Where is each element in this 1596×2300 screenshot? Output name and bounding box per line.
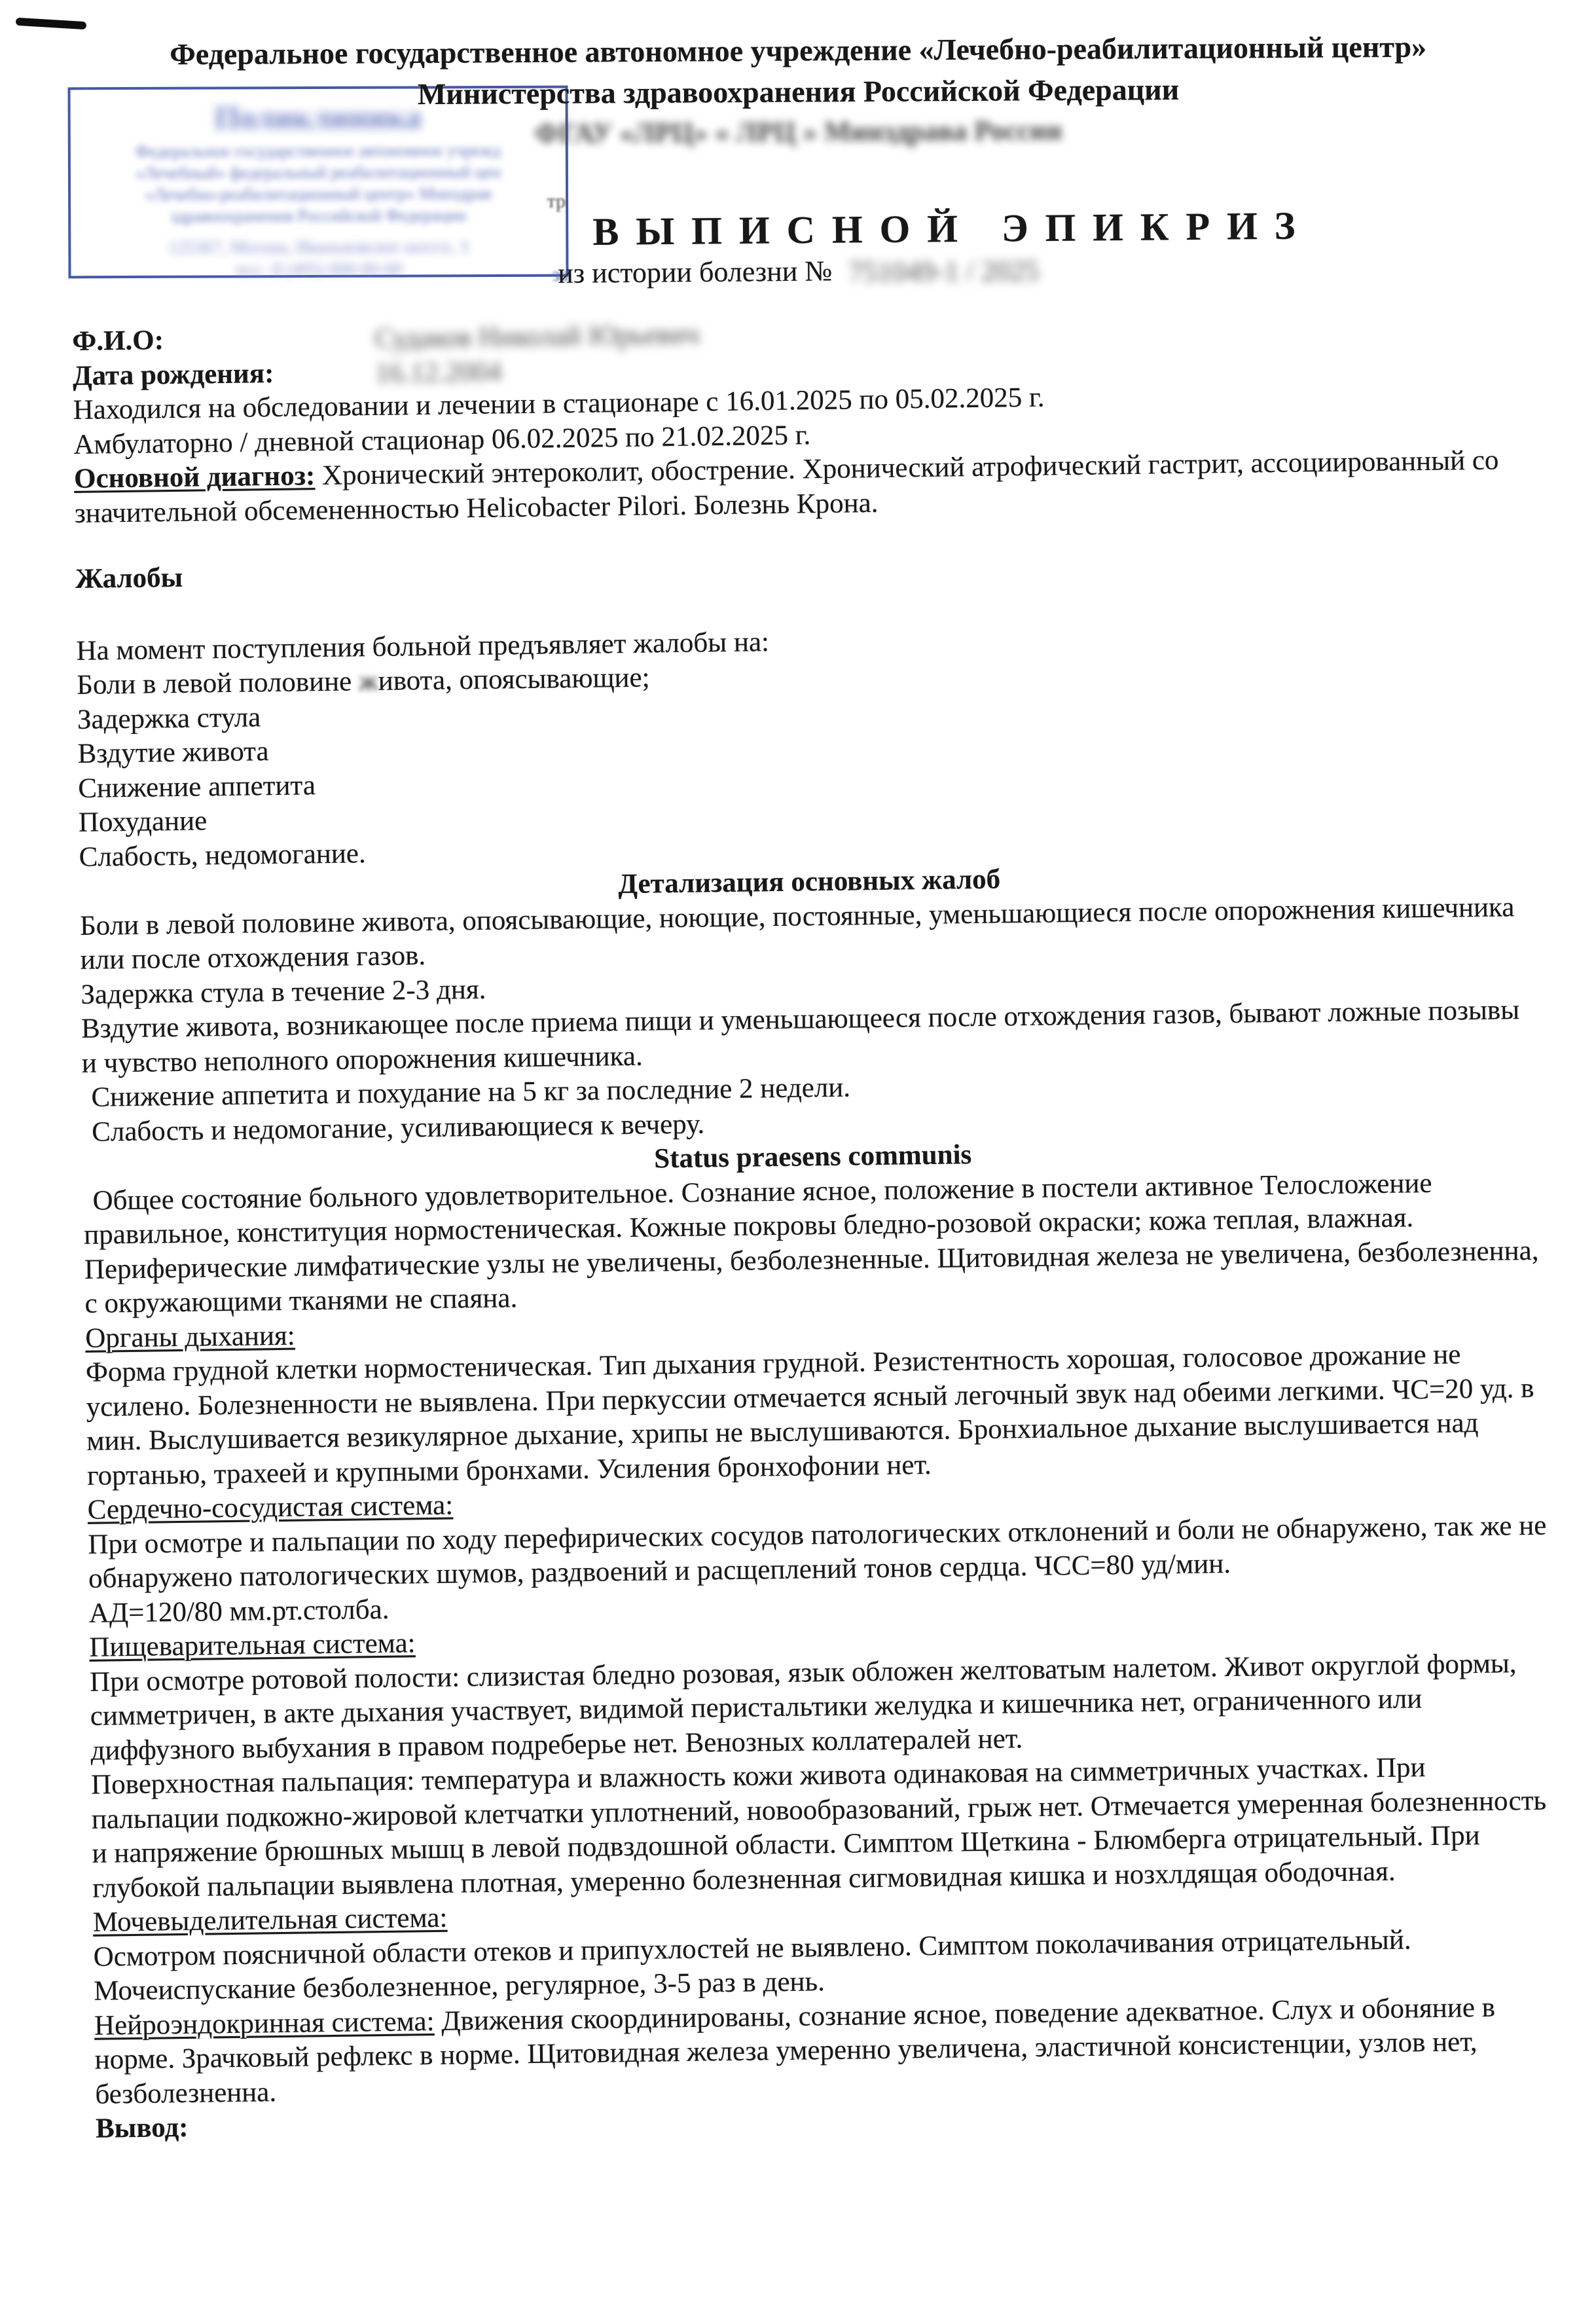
text-run: Status praesens communis — [654, 1139, 972, 1174]
text-run: Жалобы — [75, 562, 183, 594]
text-run: Боли в левой половине — [77, 666, 359, 701]
general-status-paragraph: Общее состояние больного удовлетворитель… — [83, 1165, 1545, 1321]
scanned-document-page: Федеральное государственное автономное у… — [0, 0, 1596, 2300]
stamp-redacted-line: здравоохранения Российской Федерации — [71, 204, 566, 228]
respiratory-paragraph: Форма грудной клетки нормостеническая. Т… — [86, 1337, 1548, 1493]
fio-value-redacted: Судаков Николай Юрьевич — [374, 318, 700, 356]
text-run: Снижение аппетита — [78, 770, 316, 804]
text-run: Органы дыхания: — [85, 1320, 295, 1353]
fio-label: Ф.И.О: — [72, 321, 375, 359]
title-text: ВЫПИСНОЙ ЭПИКРИЗ — [592, 204, 1208, 255]
digestive-paragraph: При осмотре ротовой полости: слизистая б… — [90, 1646, 1551, 1768]
text-run: Детализация основных жалоб — [618, 864, 1000, 900]
case-history-number-redacted: 751049-1 / 2025 — [848, 254, 1039, 289]
text-run: Поверхностная пальпация: температура и в… — [91, 1752, 1546, 1903]
text-run: Форма грудной клетки нормостеническая. Т… — [86, 1339, 1534, 1491]
text-run: Задержка стула в течение 2-3 дня. — [81, 974, 486, 1010]
main-diagnosis-label: Основной диагноз: — [74, 460, 316, 494]
dob-value-redacted: 16.12.2004 — [375, 355, 502, 391]
org-name-line3-redacted: ФГАУ «ЛРЦ» « ЛРЦ » Минздрава России — [1, 111, 1596, 155]
stamp-redacted-line: «Лечебно-реабилитационный центр» Минздра… — [71, 183, 566, 206]
stamp-address-redacted: 125367, Москва, Иваньковское шоссе, 3 те… — [71, 235, 566, 282]
org-name-line1: Федеральное государственное автономное у… — [0, 27, 1596, 75]
text-run: Слабость и недомогание, усиливающиеся к … — [92, 1108, 705, 1147]
neuroendocrine-paragraph: Нейроэндокринная система: Движения скоор… — [94, 1990, 1555, 2112]
overlapped-text-fragment: тр — [547, 191, 566, 213]
pen-mark — [16, 18, 87, 29]
text-run: Слабость, недомогание. — [79, 838, 366, 873]
text-run: Общее состояние больного удовлетворитель… — [84, 1167, 1539, 1319]
case-history-prefix: из истории болезни № — [558, 255, 832, 289]
stamp-redacted-line: «Лечебный» федеральный реабилитационный … — [71, 161, 566, 185]
text-run: ивота, опоясывающие; — [378, 662, 649, 696]
text-run: При осмотре ротовой полости: слизистая б… — [90, 1648, 1517, 1766]
text-run: АД=120/80 мм.рт.столба. — [88, 1594, 389, 1628]
text-run: Задержка стула — [77, 702, 261, 735]
document-title: ВЫПИСНОЙ ЭПИКРИЗ — [592, 204, 1208, 255]
dob-label: Дата рождения: — [73, 355, 376, 393]
org-name-line2: Министерства здравоохранения Российской … — [0, 69, 1596, 115]
text-run: Похудание — [79, 805, 208, 838]
smudged-letter: ж — [359, 665, 378, 699]
document-header: Федеральное государственное автономное у… — [0, 27, 1596, 155]
stamp-address-line2: тел.: 8 (495) 000-00-00 — [71, 257, 566, 282]
document-body: Ф.И.О:Судаков Николай ЮрьевичДата рожден… — [72, 306, 1555, 2146]
stamp-address-line1: 125367, Москва, Иваньковское шоссе, 3 — [71, 235, 566, 259]
text-run: Пищеварительная система: — [89, 1628, 416, 1663]
text-run: На момент поступления больной предъявляе… — [76, 627, 769, 666]
text-run: Мочевыделительная система: — [93, 1903, 448, 1938]
text-run: Сердечно-сосудистая система: — [87, 1490, 453, 1525]
palpation-paragraph: Поверхностная пальпация: температура и в… — [91, 1749, 1553, 1906]
text-run: Вздутие живота — [77, 736, 269, 769]
text-run: Вывод: — [96, 2112, 189, 2144]
neuroendocrine-heading: Нейроэндокринная система: — [94, 2005, 435, 2041]
case-history-line: из истории болезни № 751049-1 / 2025 — [558, 253, 1039, 290]
